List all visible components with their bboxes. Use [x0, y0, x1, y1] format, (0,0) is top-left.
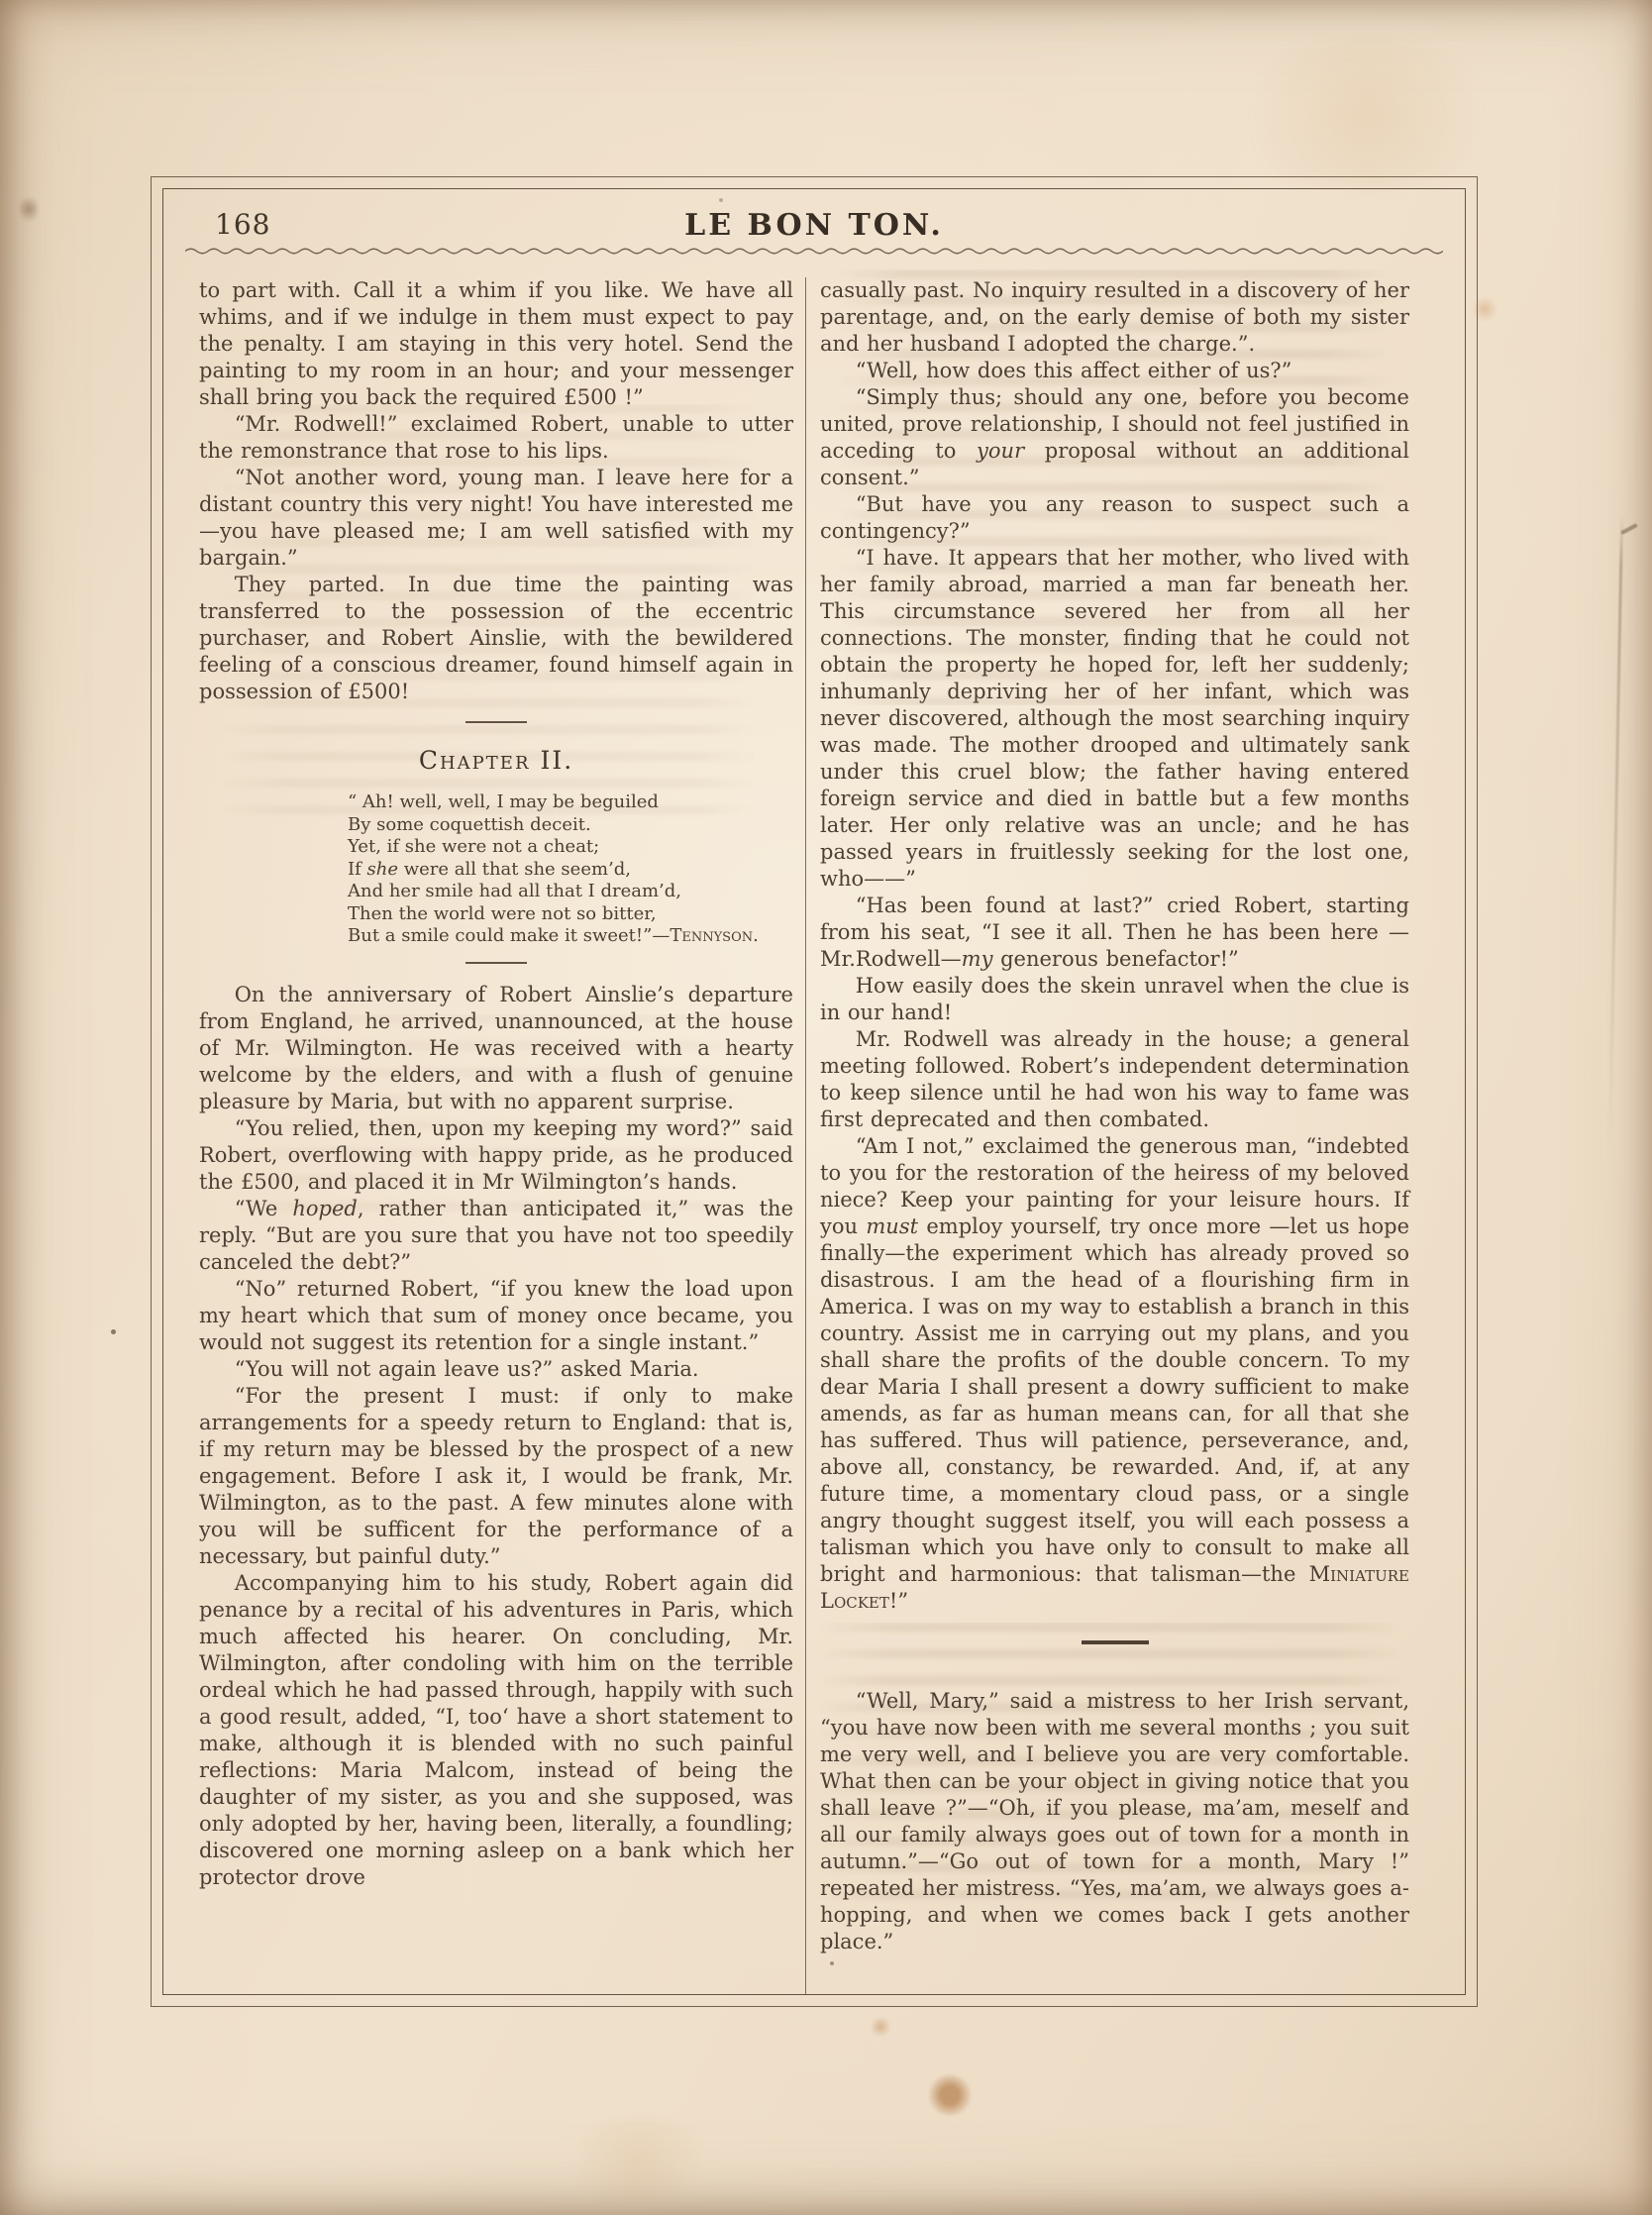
section-rule — [1082, 1640, 1149, 1644]
epigraph-line: By some coquettish deceit. — [348, 814, 793, 837]
story-paragraph: Mr. Rodwell was already in the house; a … — [820, 1026, 1409, 1133]
foxing-stain — [1218, 40, 1515, 188]
story-paragraph: “Mr. Rodwell!” exclaimed Robert, unable … — [199, 411, 793, 465]
page-frame-outer: 168 LE BON TON. to part with. Call it a … — [151, 176, 1478, 2007]
story-paragraph: “You relied, then, upon my keeping my wo… — [199, 1115, 793, 1196]
epigraph-line: But a smile could make it sweet!”—Tennys… — [348, 925, 793, 948]
story-paragraph: On the anniversary of Robert Ainslie’s d… — [199, 982, 793, 1115]
story-paragraph: “We hoped, rather than anticipated it,” … — [199, 1196, 793, 1276]
story-paragraph: “For the present I must: if only to make… — [199, 1383, 793, 1570]
section-rule — [465, 962, 527, 964]
anecdote-paragraph: “Well, Mary,” said a mistress to her Iri… — [820, 1688, 1409, 1955]
right-column: casually past. No inquiry resulted in a … — [806, 277, 1465, 1994]
epigraph-line: Yet, if she were not a cheat; — [348, 836, 793, 859]
paper-edge-notch — [20, 194, 38, 224]
wavy-rule-path — [185, 249, 1443, 254]
page-content: 168 LE BON TON. to part with. Call it a … — [163, 189, 1465, 1994]
fold-crease — [1608, 515, 1623, 1149]
story-paragraph: casually past. No inquiry resulted in a … — [820, 277, 1409, 358]
fold-crease-notch — [1620, 523, 1638, 535]
story-paragraph: “Simply thus; should any one, before you… — [820, 384, 1409, 491]
story-paragraph: “You will not again leave us?” asked Mar… — [199, 1356, 793, 1383]
story-paragraph: How easily does the skein unravel when t… — [820, 973, 1409, 1026]
story-paragraph: Accompanying him to his study, Robert ag… — [199, 1570, 793, 1891]
text-columns: to part with. Call it a whim if you like… — [163, 256, 1465, 1994]
section-rule — [465, 721, 527, 723]
story-paragraph: “I have. It appears that her mother, who… — [820, 545, 1409, 893]
foxing-stain — [927, 2074, 973, 2116]
masthead-title: LE BON TON. — [163, 208, 1465, 243]
epigraph: “ Ah! well, well, I may be beguiled By s… — [348, 791, 793, 948]
story-paragraph: “Not another word, young man. I leave he… — [199, 465, 793, 572]
ink-speck — [111, 1329, 116, 1334]
story-paragraph: “But have you any reason to suspect such… — [820, 491, 1409, 545]
page-frame-inner: 168 LE BON TON. to part with. Call it a … — [162, 188, 1466, 1995]
left-column: to part with. Call it a whim if you like… — [163, 277, 806, 1994]
story-paragraph: “Am I not,” exclaimed the generous man, … — [820, 1133, 1409, 1615]
story-paragraph: “Has been found at last?” cried Robert, … — [820, 893, 1409, 973]
foxing-stain — [870, 2017, 891, 2037]
foxing-stain — [555, 2120, 723, 2199]
epigraph-line: And her smile had all that I dream’d, — [348, 881, 793, 903]
scanned-page: { "page": { "number": "168", "masthead":… — [0, 0, 1652, 2215]
epigraph-line: Then the world were not so bitter, — [348, 903, 793, 926]
chapter-heading: Chapter II. — [199, 747, 793, 774]
story-paragraph: They parted. In due time the painting wa… — [199, 572, 793, 705]
epigraph-line: “ Ah! well, well, I may be beguiled — [348, 791, 793, 814]
running-head: 168 LE BON TON. — [163, 189, 1465, 241]
wavy-rule — [185, 247, 1443, 256]
story-paragraph: to part with. Call it a whim if you like… — [199, 277, 793, 411]
story-paragraph: “Well, how does this affect either of us… — [820, 358, 1409, 384]
story-paragraph: “No” returned Robert, “if you knew the l… — [199, 1276, 793, 1356]
epigraph-line: If she were all that she seem’d, — [348, 859, 793, 882]
